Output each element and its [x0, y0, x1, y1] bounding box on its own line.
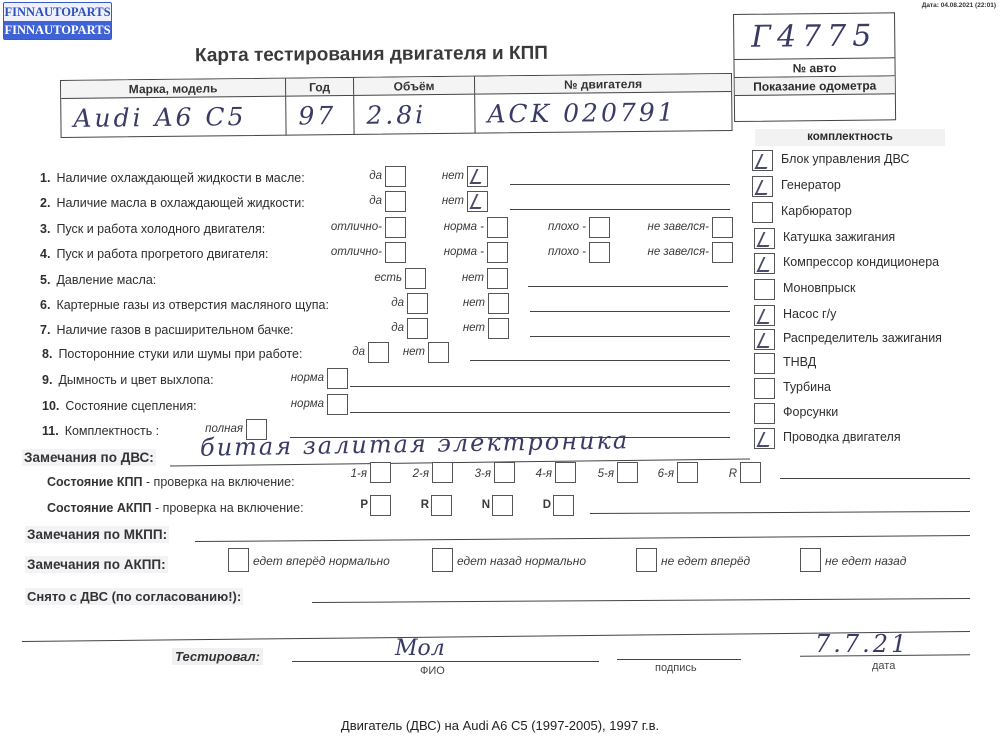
gear-checkbox[interactable] — [432, 462, 453, 483]
question-notes-line[interactable] — [510, 209, 730, 210]
question-text: Наличие газов в расширительном бачке: — [56, 323, 293, 337]
engine-remarks-label: Замечания по ДВС: — [22, 449, 156, 466]
question-notes-line[interactable] — [510, 184, 730, 185]
sign-line[interactable] — [617, 659, 741, 660]
option-checkbox[interactable] — [368, 342, 389, 363]
completeness-item[interactable]: Насос г/у — [754, 305, 775, 327]
option-checkbox[interactable] — [327, 368, 348, 389]
question-text: Наличие масла в охлаждающей жидкости: — [56, 196, 304, 210]
empty-checkbox[interactable] — [754, 279, 775, 300]
gear-checkbox[interactable] — [740, 462, 761, 483]
gear-checkbox[interactable] — [677, 462, 698, 483]
option-checkbox[interactable] — [487, 217, 508, 238]
question-text: Наличие охлаждающей жидкости в масле: — [56, 171, 304, 185]
question-8: 8.Посторонние стуки или шумы при работе: — [42, 347, 302, 361]
option-label: да — [352, 346, 365, 358]
date-caption: дата — [872, 660, 895, 672]
question-number: 7. — [40, 323, 50, 337]
option-label: плохо - — [548, 221, 586, 233]
completeness-item-label: Проводка двигателя — [783, 430, 901, 444]
option-checkbox[interactable] — [327, 394, 348, 415]
akpp-option-checkbox[interactable] — [432, 548, 453, 572]
auto-gearbox-label-rest: - проверка на включение: — [151, 501, 303, 515]
completeness-item-label: Насос г/у — [783, 307, 836, 321]
logo-line-2: FINNAUTOPARTS — [4, 21, 111, 40]
option-checkbox[interactable] — [407, 318, 428, 339]
option-label: есть — [374, 272, 402, 284]
question-text: Комплектность : — [65, 424, 159, 438]
value-engine-number: ACK 020791 — [475, 92, 731, 134]
option-checkbox[interactable] — [487, 268, 508, 289]
completeness-item-label: Форсунки — [783, 405, 838, 419]
manual-gearbox-label: Состояние КПП - проверка на включение: — [47, 475, 295, 489]
signature-name-value: Мол — [395, 636, 445, 661]
completeness-item[interactable]: ТНВД — [754, 353, 775, 375]
question-11: 11.Комплектность : — [42, 424, 159, 438]
gear-checkbox[interactable] — [370, 495, 391, 516]
option-checkbox[interactable] — [487, 242, 508, 263]
sign-caption: подпись — [655, 662, 697, 674]
completeness-item-label: Катушка зажигания — [783, 230, 895, 244]
header-volume: Объём — [354, 77, 475, 95]
question-number: 11. — [42, 424, 59, 438]
value-year: 97 — [286, 96, 354, 136]
gear-checkbox[interactable] — [555, 462, 576, 483]
option-label: норма — [291, 372, 324, 384]
value-make-model: Audi A6 C5 — [61, 97, 286, 138]
question-number: 9. — [42, 373, 52, 387]
question-notes-line[interactable] — [530, 311, 730, 312]
question-text: Давление масла: — [56, 273, 156, 287]
logo-line-1: FINNAUTOPARTS — [4, 3, 111, 21]
question-number: 6. — [40, 298, 50, 312]
option-label: нет — [462, 272, 484, 284]
question-notes-line[interactable] — [470, 360, 730, 361]
question-7: 7.Наличие газов в расширительном бачке: — [40, 323, 294, 337]
completeness-item[interactable]: Распределитель зажигания — [754, 329, 775, 351]
option-checkbox[interactable] — [428, 342, 449, 363]
empty-checkbox[interactable] — [754, 403, 775, 424]
question-number: 5. — [40, 273, 50, 287]
question-number: 1. — [40, 171, 50, 185]
vehicle-table: Марка, модель Год Объём № двигателя Audi… — [60, 73, 733, 138]
gear-label: 6-я — [658, 468, 674, 480]
question-6: 6.Картерные газы из отверстия масляного … — [40, 298, 329, 312]
question-text: Пуск и работа прогретого двигателя: — [56, 247, 268, 261]
auto-gearbox-label-bold: Состояние АКПП — [47, 501, 151, 515]
page-title: Карта тестирования двигателя и КПП — [195, 43, 548, 67]
question-9: 9.Дымность и цвет выхлопа: — [42, 373, 214, 387]
option-checkbox[interactable] — [405, 268, 426, 289]
checked-box-icon[interactable] — [754, 228, 775, 249]
manual-remarks-label: Замечания по МКПП: — [25, 526, 169, 543]
question-notes-line[interactable] — [530, 336, 730, 337]
akpp-option-label: не едет назад — [825, 554, 906, 568]
name-line[interactable] — [292, 661, 599, 662]
question-number: 2. — [40, 196, 50, 210]
question-text: Картерные газы из отверстия масляного щу… — [56, 298, 328, 312]
option-label: отлично- — [331, 246, 382, 258]
option-checkbox[interactable] — [385, 191, 406, 212]
question-notes-line[interactable] — [350, 412, 730, 413]
checked-box-icon[interactable] — [752, 176, 773, 197]
question-text: Пуск и работа холодного двигателя: — [56, 222, 265, 236]
gear-label: D — [543, 499, 551, 511]
gear-checkbox[interactable] — [553, 495, 574, 516]
completeness-item-label: Блок управления ДВС — [781, 152, 909, 166]
option-label: нет — [403, 346, 425, 358]
option-checkbox[interactable] — [712, 242, 733, 263]
auto-remarks-label: Замечания по АКПП: — [25, 556, 168, 573]
option-label: нет — [463, 297, 485, 309]
empty-checkbox[interactable] — [754, 378, 775, 399]
question-text: Состояние сцепления: — [65, 399, 196, 413]
auto-number-label: № авто — [734, 58, 894, 78]
gear-label: 1-я — [351, 468, 367, 480]
completeness-item[interactable]: Турбина — [754, 378, 775, 400]
tested-by-label: Тестировал: — [172, 648, 263, 665]
akpp-option-checkbox[interactable] — [800, 548, 821, 572]
odometer-label: Показание одометра — [735, 76, 895, 96]
question-text: Посторонние стуки или шумы при работе: — [58, 347, 302, 361]
completeness-item-label: Компрессор кондиционера — [783, 255, 939, 269]
image-caption: Двигатель (ДВС) на Audi A6 C5 (1997-2005… — [0, 718, 1000, 733]
name-caption: ФИО — [420, 665, 445, 677]
question-number: 3. — [40, 222, 50, 236]
question-5: 5.Давление масла: — [40, 273, 156, 287]
gear-checkbox[interactable] — [431, 495, 452, 516]
akpp-option-label: не едет вперёд — [661, 554, 750, 568]
option-label: норма — [291, 398, 324, 410]
question-2: 2.Наличие масла в охлаждающей жидкости: — [40, 196, 305, 210]
gear-checkbox[interactable] — [617, 462, 638, 483]
manual-gearbox-line — [780, 478, 970, 479]
question-notes-line[interactable] — [350, 386, 730, 387]
akpp-option-label: едет вперёд нормально — [253, 554, 390, 568]
option-checkbox[interactable] — [488, 318, 509, 339]
removed-line[interactable] — [312, 598, 970, 603]
option-label: не завелся- — [647, 221, 709, 233]
checked-box-icon[interactable] — [467, 191, 488, 212]
header-make-model: Марка, модель — [61, 79, 286, 98]
option-label: нет — [463, 322, 485, 334]
completeness-item-label: Моновпрыск — [783, 281, 855, 295]
gear-label: 3-я — [475, 468, 491, 480]
completeness-item[interactable]: Моновпрыск — [754, 279, 775, 301]
gear-checkbox[interactable] — [494, 462, 515, 483]
question-number: 4. — [40, 247, 50, 261]
option-checkbox[interactable] — [385, 166, 406, 187]
gear-label: R — [729, 468, 737, 480]
completeness-item-label: ТНВД — [783, 355, 816, 369]
question-number: 10. — [42, 399, 59, 413]
checked-box-icon[interactable] — [754, 305, 775, 326]
gear-label: 4-я — [536, 468, 552, 480]
option-label: да — [391, 297, 404, 309]
option-label: да — [391, 322, 404, 334]
checked-box-icon[interactable] — [752, 150, 773, 171]
question-text: Дымность и цвет выхлопа: — [58, 373, 213, 387]
option-checkbox[interactable] — [589, 242, 610, 263]
gear-checkbox[interactable] — [492, 495, 513, 516]
completeness-item[interactable]: Генератор — [752, 176, 773, 198]
option-label: да — [369, 195, 382, 207]
finnautoparts-logo: FINNAUTOPARTS FINNAUTOPARTS — [3, 2, 112, 40]
auto-gearbox-label: Состояние АКПП - проверка на включение: — [47, 501, 304, 515]
option-label: норма - — [444, 246, 484, 258]
option-checkbox[interactable] — [385, 217, 406, 238]
completeness-item-label: Карбюратор — [781, 204, 852, 218]
signature-date-value: 7.7.21 — [815, 630, 909, 658]
akpp-option-checkbox[interactable] — [636, 548, 657, 572]
completeness-item-label: Генератор — [781, 178, 841, 192]
question-3: 3.Пуск и работа холодного двигателя: — [40, 222, 265, 236]
option-label: отлично- — [331, 221, 382, 233]
akpp-option-checkbox[interactable] — [228, 548, 249, 572]
auto-number-value: Г4775 — [734, 13, 894, 60]
completeness-item[interactable]: Блок управления ДВС — [752, 150, 773, 172]
gear-label: N — [482, 499, 490, 511]
question-4: 4.Пуск и работа прогретого двигателя: — [40, 247, 268, 261]
header-engine-number: № двигателя — [475, 74, 731, 94]
option-label: плохо - — [548, 246, 586, 258]
completeness-item[interactable]: Катушка зажигания — [754, 228, 775, 250]
gear-label: 5-я — [598, 468, 614, 480]
completeness-item-label: Турбина — [783, 380, 831, 394]
option-checkbox[interactable] — [385, 242, 406, 263]
option-label: не завелся- — [647, 246, 709, 258]
header-year: Год — [286, 78, 354, 96]
question-number: 8. — [42, 347, 52, 361]
checked-box-icon[interactable] — [754, 253, 775, 274]
completeness-item[interactable]: Проводка двигателя — [754, 428, 775, 450]
manual-gearbox-label-rest: - проверка на включение: — [142, 475, 294, 489]
completeness-item[interactable]: Компрессор кондиционера — [754, 253, 775, 275]
checked-box-icon[interactable] — [467, 166, 488, 187]
question-notes-line[interactable] — [528, 286, 728, 287]
empty-checkbox[interactable] — [754, 353, 775, 374]
option-checkbox[interactable] — [488, 293, 509, 314]
empty-checkbox[interactable] — [752, 202, 773, 223]
gear-label: R — [421, 499, 429, 511]
completeness-item-label: Распределитель зажигания — [783, 331, 942, 345]
option-label: норма - — [444, 221, 484, 233]
removed-label: Снято с ДВС (по согласованию!): — [25, 588, 243, 605]
gear-label: P — [360, 499, 368, 511]
option-checkbox[interactable] — [712, 217, 733, 238]
gear-label: 2-я — [413, 468, 429, 480]
option-checkbox[interactable] — [407, 293, 428, 314]
option-label: да — [369, 170, 382, 182]
checked-box-icon[interactable] — [754, 428, 775, 449]
manual-gearbox-label-bold: Состояние КПП — [47, 475, 142, 489]
completeness-item[interactable]: Карбюратор — [752, 202, 773, 224]
auto-number-box: Г4775 № авто Показание одометра — [733, 12, 896, 122]
gear-checkbox[interactable] — [370, 462, 391, 483]
completeness-title: комплектность — [755, 129, 945, 146]
manual-remarks-line[interactable] — [195, 535, 970, 542]
checked-box-icon[interactable] — [754, 329, 775, 350]
value-volume: 2.8i — [354, 95, 475, 135]
akpp-option-label: едет назад нормально — [457, 554, 586, 568]
option-label: нет — [442, 195, 464, 207]
option-checkbox[interactable] — [589, 217, 610, 238]
auto-gearbox-line — [590, 511, 970, 514]
completeness-item[interactable]: Форсунки — [754, 403, 775, 425]
date-stamp: Дата: 04.08.2021 (22:01) — [922, 2, 996, 9]
question-10: 10.Состояние сцепления: — [42, 399, 197, 413]
question-1: 1.Наличие охлаждающей жидкости в масле: — [40, 171, 305, 185]
option-label: нет — [442, 170, 464, 182]
